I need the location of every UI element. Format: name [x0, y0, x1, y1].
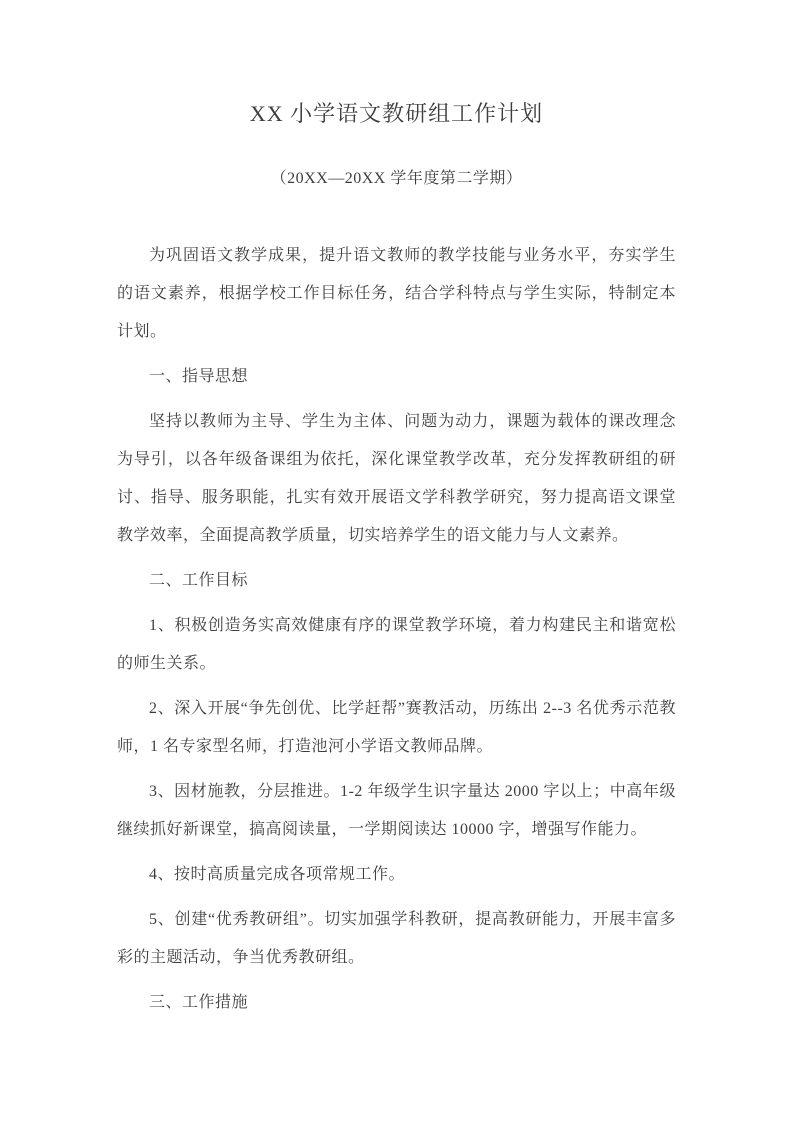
body-paragraph: 3、因材施教，分层推进。1-2 年级学生识字量达 2000 字以上；中高年级继续… [117, 773, 676, 849]
document-page: XX 小学语文教研组工作计划 （20XX—20XX 学年度第二学期） 为巩固语文… [0, 0, 793, 1122]
document-title: XX 小学语文教研组工作计划 [117, 96, 676, 132]
body-paragraph: 1、积极创造务实高效健康有序的课堂教学环境，着力构建民主和谐宽松的师生关系。 [117, 607, 676, 683]
section-heading: 一、指导思想 [117, 358, 676, 396]
section-heading: 三、工作措施 [117, 984, 676, 1022]
document-body: 为巩固语文教学成果，提升语文教师的教学技能与业务水平，夯实学生的语文素养，根据学… [117, 237, 676, 1022]
body-paragraph: 5、创建“优秀教研组”。切实加强学科教研，提高教研能力，开展丰富多彩的主题活动，… [117, 901, 676, 977]
section-heading: 二、工作目标 [117, 562, 676, 600]
body-paragraph: 坚持以教师为主导、学生为主体、问题为动力，课题为载体的课改理念为导引，以各年级备… [117, 403, 676, 555]
body-paragraph: 为巩固语文教学成果，提升语文教师的教学技能与业务水平，夯实学生的语文素养，根据学… [117, 237, 676, 351]
body-paragraph: 2、深入开展“争先创优、比学赶帮”赛教活动，历练出 2--3 名优秀示范教师，1… [117, 690, 676, 766]
document-subtitle: （20XX—20XX 学年度第二学期） [117, 166, 676, 192]
body-paragraph: 4、按时高质量完成各项常规工作。 [117, 856, 676, 894]
